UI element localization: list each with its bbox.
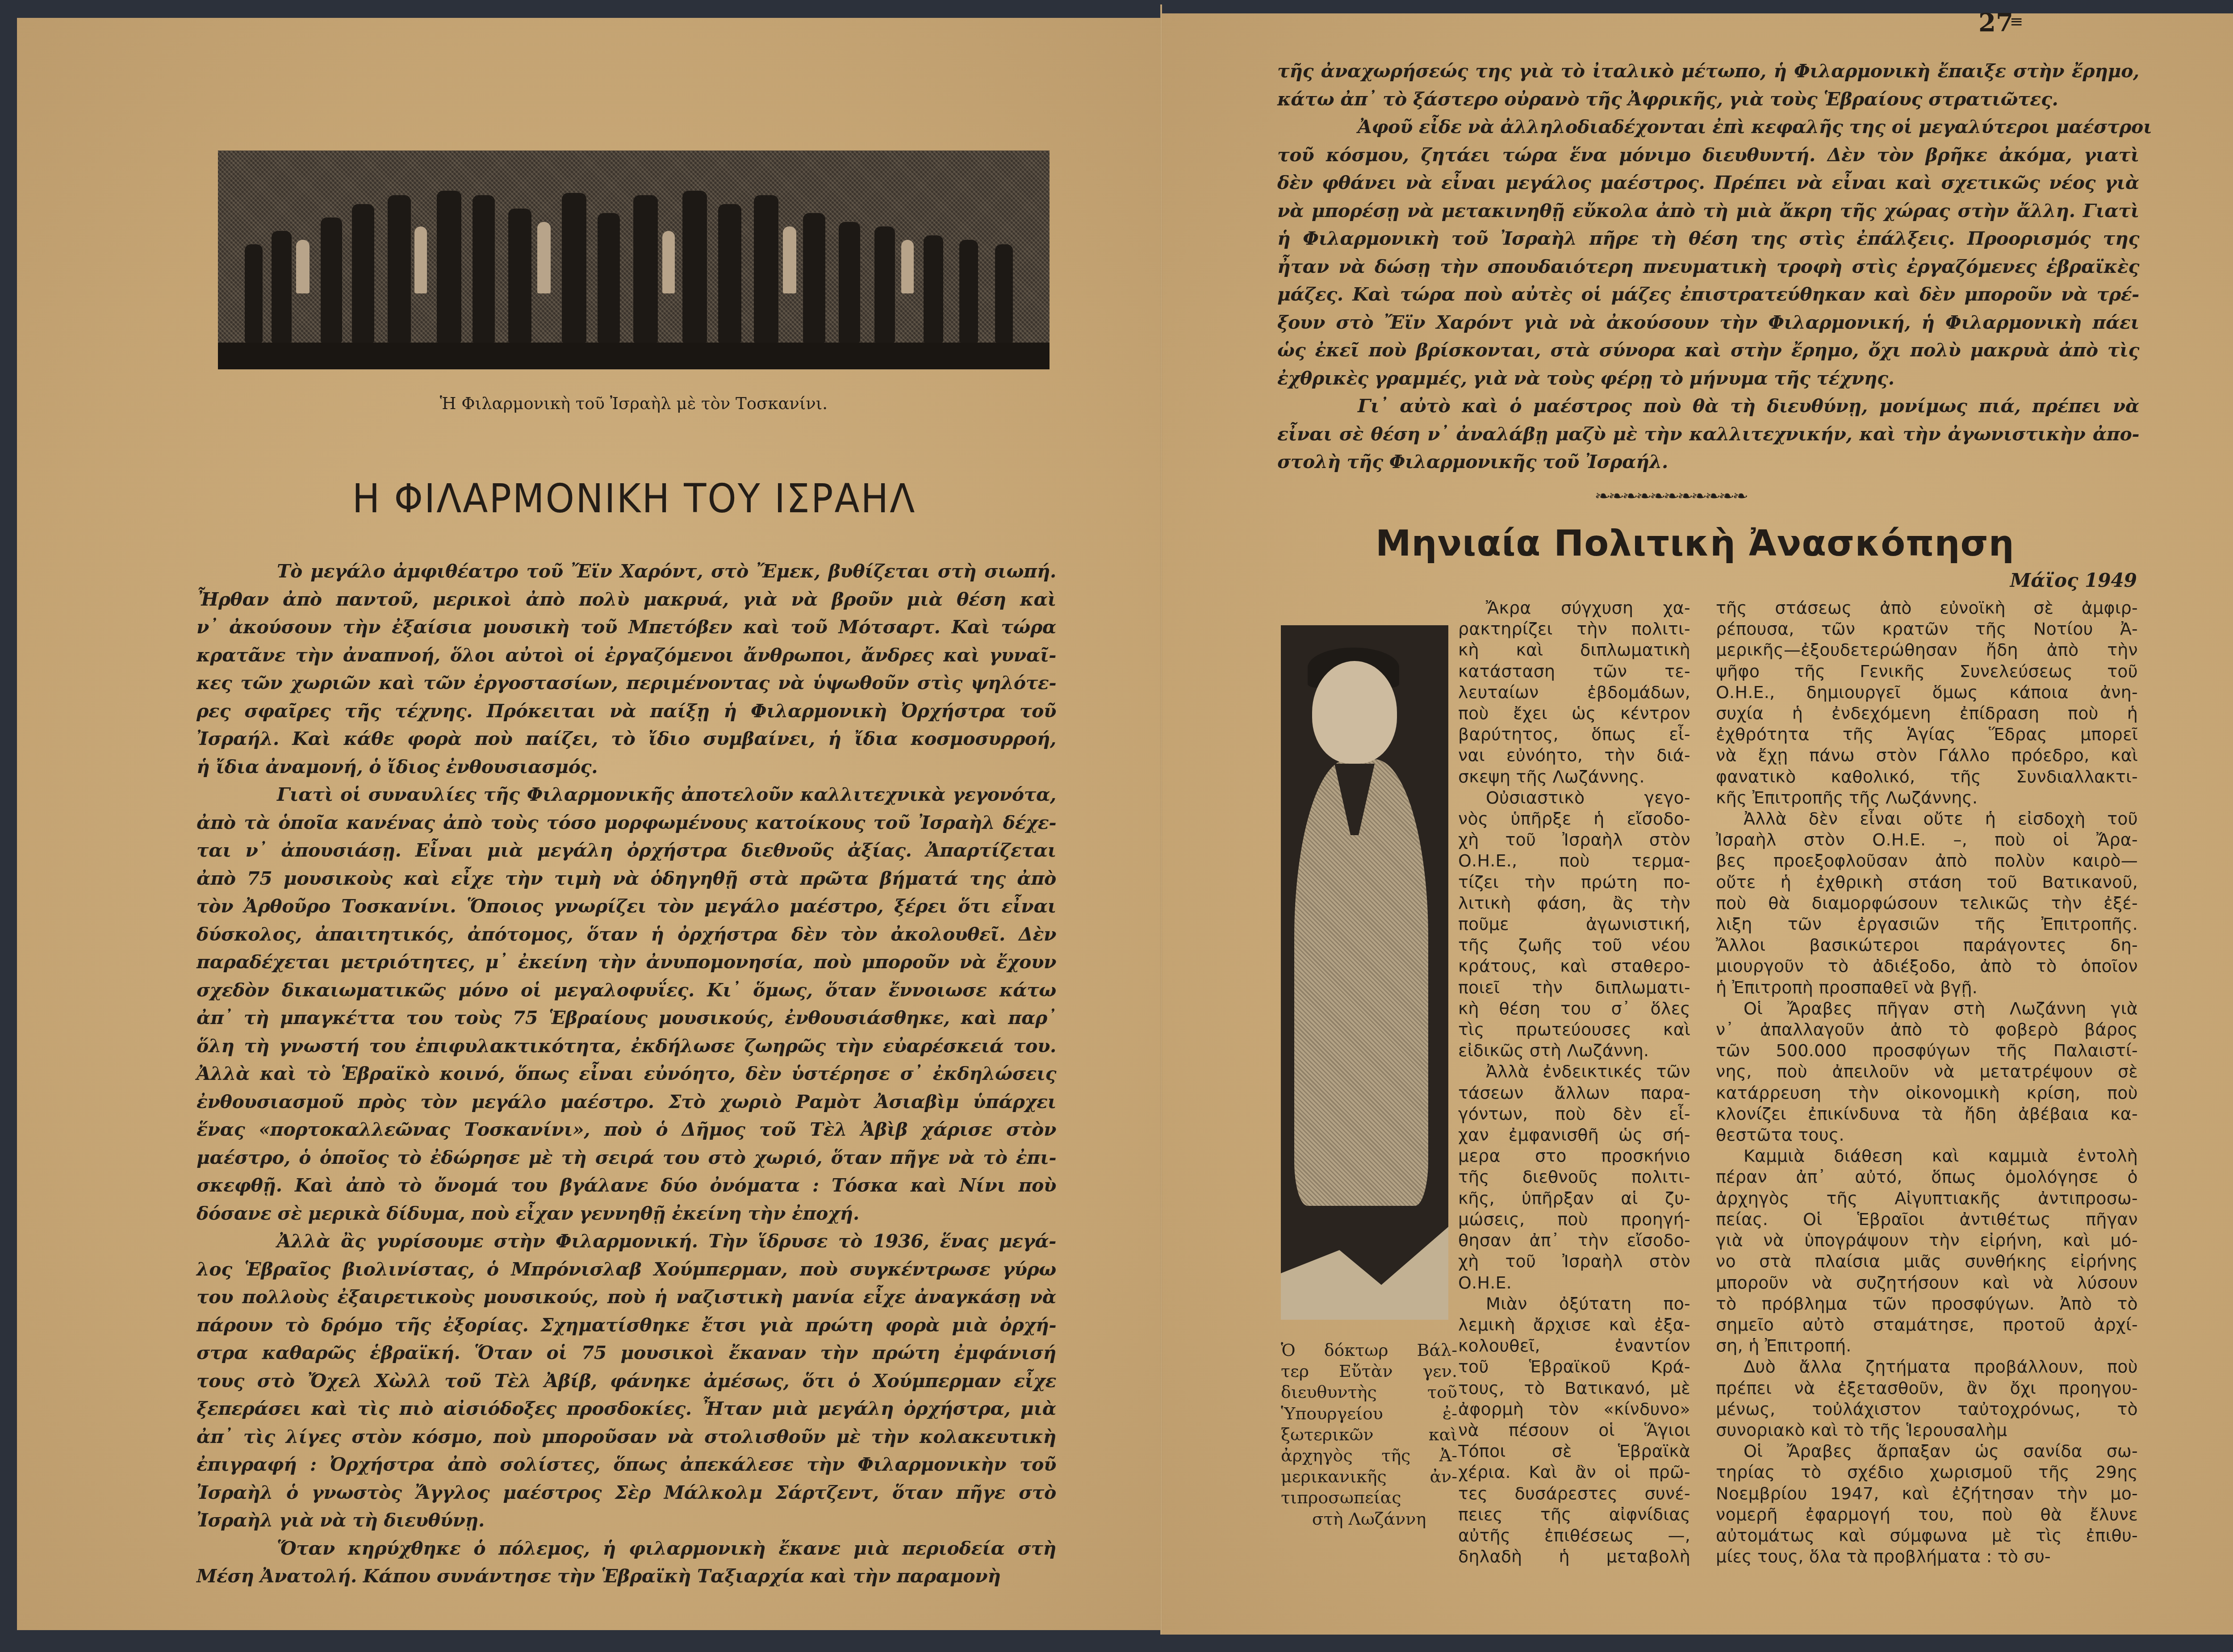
text-line: Δυὸ ἄλλα ζητήματα προβάλλουν, ποὺ (1716, 1356, 2138, 1377)
text-line: Ἀλλὰ ἂς γυρίσουμε στὴν Φιλαρμονική. Τὴν … (197, 1227, 1056, 1255)
text-line: ρέπουσα, τῶν κρατῶν τῆς Νοτίου Ἀ- (1716, 619, 2138, 640)
text-line: μερικῆς—ἐξουδετερώθησαν ἤδη ἀπὸ τὴν (1716, 640, 2138, 661)
text-line: Καμμιὰ διάθεση καὶ καμμιὰ ἐντολὴ (1716, 1146, 2138, 1167)
page-number: 27 (1978, 8, 2013, 38)
text-line: παραδέχεται μετριότητες, μ᾿ ἐκείνη τὴν ἀ… (197, 948, 1056, 976)
text-line: Ο.Η.Ε., δημιουργεῖ ὅμως κάποια ἀνη- (1716, 682, 2138, 703)
text-line: κὴ καὶ διπλωματικὴ (1458, 640, 1690, 661)
text-line: Νοεμβρίου 1947, καὶ ἐζήτησαν τὴν μο- (1716, 1483, 2138, 1504)
text-line: ξωτερικῶν καὶ (1281, 1424, 1457, 1445)
text-line: ν᾿ ἀκούσουν τὴν ἐξαίσια μουσικὴ τοῦ Μπετ… (197, 613, 1056, 641)
text-line: κρατᾶνε τὴν ἀναπνοή, ὅλοι αὐτοὶ οἱ ἐργαζ… (197, 641, 1056, 669)
text-line: θησαν ἀπ᾿ τὴν εἴσοδο- (1458, 1230, 1690, 1251)
text-line: αὐτῆς ἐπιθέσεως —, (1458, 1525, 1690, 1546)
text-line: σημεῖο αὐτὸ σταμάτησε, προτοῦ ἀρχί- (1716, 1314, 2138, 1335)
text-line: νομερῆ ἐφαρμογή του, ποὺ θὰ ἔλυνε (1716, 1504, 2138, 1525)
text-line: Ἀλλὰ καὶ τὸ Ἑβραϊκὸ κοινό, ὅπως εἶναι εὐ… (197, 1060, 1056, 1088)
text-line: νὰ ἔχῃ πάνω στὸν Γάλλο πρόεδρο, καὶ (1716, 745, 2138, 766)
text-line: χέρια. Καὶ ἂν οἱ πρῶ- (1458, 1462, 1690, 1483)
text-line: νο στὰ πλαίσια μιᾶς συνθήκης εἰρήνης (1716, 1251, 2138, 1272)
text-line: ἐπιγραφή : Ὀρχήστρα ἀπὸ σολίστες, ὅπως ἀ… (197, 1451, 1056, 1479)
text-line: Ὁ δόκτωρ Βάλ- (1281, 1340, 1457, 1361)
text-line: Οὐσιαστικὸ γεγο- (1458, 787, 1690, 808)
text-line: ποὺ ἔχει ὡς κέντρον (1458, 703, 1690, 724)
text-line: Ο.Η.Ε. (1458, 1272, 1690, 1293)
text-line: Μιὰν ὀξύτατη πο- (1458, 1293, 1690, 1314)
text-line: κλονίζει ἐπικίνδυνα τὰ ἤδη ἀβέβαια κα- (1716, 1104, 2138, 1125)
issue-date: Μάϊος 1949 (1965, 569, 2137, 591)
text-line: σκεψη τῆς Λωζάννης. (1458, 766, 1690, 787)
text-line: τῆς διεθνοῦς πολιτι- (1458, 1167, 1690, 1188)
text-line: ἀπὸ 75 μουσικοὺς καὶ εἶχε τὴν τιμὴ νὰ ὁδ… (197, 865, 1056, 893)
text-line: κῆς Ἐπιτροπῆς τῆς Λωζάννης. (1716, 787, 2138, 808)
text-line: χαν ἐμφανισθῆ ὡς σή- (1458, 1125, 1690, 1146)
text-line: ποιεῖ τὴν διπλωματι- (1458, 977, 1690, 998)
text-line: τῶν 500.000 προσφύγων τῆς Παλαιστί- (1716, 1040, 2138, 1061)
text-line: τὸ πρόβλημα τῶν προσφύγων. Ἀπὸ τὸ (1716, 1293, 2138, 1314)
text-line: ψῆφο τῆς Γενικῆς Συνελεύσεως τοῦ (1716, 661, 2138, 682)
text-line: μένως, τοὐλάχιστον ταὐτοχρόνως, τὸ (1716, 1399, 2138, 1420)
text-line: Ἰσραὴλ ὁ γνωστὸς Ἄγγλος μαέστρος Σὲρ Μάλ… (197, 1479, 1056, 1507)
text-line: ρες σφαῖρες τῆς τέχνης. Πρόκειται νὰ παί… (197, 697, 1056, 725)
text-line: τῆς στάσεως ἀπὸ εὐνοϊκὴ σὲ ἀμφιρ- (1716, 598, 2138, 619)
text-line: ἡ ἴδια ἀναμονή, ὁ ἴδιος ἐνθουσιασμός. (197, 753, 1056, 781)
text-line: σχεδὸν δικαιωματικῶς μόνο οἱ μεγαλοφυΐες… (197, 976, 1056, 1004)
text-line: πέραν ἀπ᾿ αὐτό, ὅπως ὁμολόγησε ὁ (1716, 1167, 2138, 1188)
text-line: ὅλη τὴ γνωστή του ἐπιφυλακτικότητα, ἐκδή… (197, 1032, 1056, 1060)
portrait-photo-icon (1281, 625, 1448, 1320)
article-title: Η ΦΙΛΑΡΜΟΝΙΚΗ ΤΟΥ ΙΣΡΑΗΛ (241, 476, 1027, 522)
text-line: εἰδικῶς στὴ Λωζάννη. (1458, 1040, 1690, 1061)
text-line: δόσανε σὲ μερικὰ δίδυμα, ποὺ εἶχαν γεννη… (197, 1200, 1056, 1228)
text-line: ποὺ θὰ διαμορφώσουν τελικῶς τὴν ἐξέ- (1716, 893, 2138, 914)
text-line: τὶς πρωτεύουσες καὶ (1458, 1019, 1690, 1040)
text-line: ἕνας «πορτοκαλλεῶνας Τοσκανίνι», ποὺ ὁ Δ… (197, 1116, 1056, 1144)
text-line: τους, τὸ Βατικανό, μὲ (1458, 1378, 1690, 1399)
text-line: νὸς ὑπῆρξε ἡ εἴσοδο- (1458, 808, 1690, 829)
text-line: τες δυσάρεστες συνέ- (1458, 1483, 1690, 1504)
text-line: νὰ πέσουν οἱ Ἅγιοι (1458, 1420, 1690, 1441)
text-line: λος Ἑβραῖος βιολινίστας, ὁ Μπρόνισλαβ Χο… (197, 1255, 1056, 1284)
text-line: Ἰσραήλ. Καὶ κάθε φορὰ ποὺ παίζει, τὸ ἴδι… (197, 725, 1056, 753)
text-line: νης, ποὺ ἀπειλοῦν νὰ μετατρέψουν σὲ (1716, 1061, 2138, 1082)
page-marker-icon: ≡ (2010, 13, 2021, 31)
section-title: Μηνιαία Πολιτικὴ Ἀνασκόπηση (1376, 523, 2045, 564)
text-line: κὴ θέση του σ᾿ ὅλες (1458, 998, 1690, 1019)
text-line: ξεπεράσει καὶ τὶς πιὸ αἰσιόδοξες προσδοκ… (197, 1395, 1056, 1423)
text-line: ἐχθρότητα τῆς Ἁγίας Ἕδρας μπορεῖ (1716, 724, 2138, 745)
text-line: ἦταν νὰ δώσῃ τὴν σπουδαιότερη πνευματικὴ… (1277, 253, 2139, 281)
text-line: ἡ Ἐπιτροπὴ προσπαθεῖ νὰ βγῇ. (1716, 977, 2138, 998)
text-line: ἀρχηγὸς τῆς Ἀ- (1281, 1445, 1457, 1466)
text-line: κράτους, καὶ σταθερο- (1458, 956, 1690, 977)
text-line: πάρουν τὸ δρόμο τῆς ἐξορίας. Σχηματίσθηκ… (197, 1311, 1056, 1339)
text-line: του πολλοὺς ἐξαιρετικοὺς μουσικούς, ποὺ … (197, 1283, 1056, 1311)
text-line: χὴ τοῦ Ἰσραὴλ στὸν (1458, 1251, 1690, 1272)
text-line: διευθυντὴς τοῦ (1281, 1382, 1457, 1403)
text-line: οὔτε ἡ ἐχθρικὴ στάση τοῦ Βατικανοῦ, (1716, 872, 2138, 893)
text-line: τὸν Ἀρθοῦρο Τοσκανίνι. Ὅποιος γνωρίζει τ… (197, 892, 1056, 920)
text-line: ἀφορμὴ τὸν «κίνδυνο» (1458, 1399, 1690, 1420)
text-line: τῆς ἀναχωρήσεώς της γιὰ τὸ ἰταλικὸ μέτωπ… (1277, 57, 2139, 85)
text-line: Ἰσραὴλ γιὰ νὰ τὴ διευθύνῃ. (197, 1506, 1056, 1535)
article-body: Τὸ μεγάλο ἀμφιθέατρο τοῦ Ἔϊν Χαρόντ, στὸ… (197, 557, 1056, 1590)
text-line: κατάσταση τῶν τε- (1458, 661, 1690, 682)
text-line: ἀρχηγὸς τῆς Αἰγυπτιακῆς ἀντιπροσω- (1716, 1188, 2138, 1209)
text-line: ἐνθουσιασμοῦ πρὸς τὸν μεγάλο μαέστρο. Στ… (197, 1088, 1056, 1116)
text-line: συχία ἡ ἐνδεχόμενη ἐπίδραση ποὺ ἡ (1716, 703, 2138, 724)
text-line: Ἀλλὰ ἐνδεικτικές τῶν (1458, 1061, 1690, 1082)
text-line: Ἄκρα σύγχυση χα- (1458, 598, 1690, 619)
book-gutter (1160, 4, 1162, 1635)
text-line: βες προεξοφλοῦσαν ἀπὸ πολὺν καιρὸ— (1716, 850, 2138, 871)
text-line: αὐτομάτως καὶ σύμφωνα μὲ τὶς ἐπιθυ- (1716, 1525, 2138, 1546)
text-line: εἶναι σὲ θέση ν᾿ ἀναλάβῃ μαζὺ μὲ τὴν καλ… (1277, 420, 2139, 448)
text-line: δύσκολος, ἀπαιτητικός, ἀπότομος, ὅταν ἡ … (197, 920, 1056, 949)
text-line: Μέση Ἀνατολή. Κάπου συνάντησε τὴν Ἑβραϊκ… (197, 1562, 1056, 1590)
text-line: νὰ μπορέσῃ νὰ μετακινηθῇ εὔκολα ἀπὸ τὴ μ… (1277, 197, 2139, 225)
text-line: τῆς ζωῆς τοῦ νέου (1458, 935, 1690, 956)
text-line: μερικανικῆς ἀν- (1281, 1466, 1457, 1487)
text-line: ποῦμε ἀγωνιστική, (1458, 914, 1690, 935)
text-line: στολὴ τῆς Φιλαρμονικῆς τοῦ Ἰσραήλ. (1277, 448, 2139, 476)
text-line: χὴ τοῦ Ἰσραὴλ στὸν (1458, 829, 1690, 850)
text-line: Γι᾿ αὐτὸ καὶ ὁ μαέστρος ποὺ θὰ τὴ διευθύ… (1277, 392, 2139, 420)
text-line: γόντων, ποὺ δὲν εἶ- (1458, 1104, 1690, 1125)
text-line: τάσεων ἄλλων παρα- (1458, 1083, 1690, 1104)
text-line: Ἄλλοι βασικώτεροι παράγοντες δη- (1716, 935, 2138, 956)
text-line: Ἀφοῦ εἶδε νὰ ἀλληλοδιαδέχονται ἐπὶ κεφαλ… (1277, 113, 2139, 141)
text-line: πρέπει νὰ ἐξετασθοῦν, ἂν ὄχι προηγου- (1716, 1378, 2138, 1399)
text-line: Γιατὶ οἱ συναυλίες τῆς Φιλαρμονικῆς ἀποτ… (197, 781, 1056, 809)
text-line: Ὑπουργείου ἐ- (1281, 1403, 1457, 1424)
text-line: πειες τῆς αἰφνίδιας (1458, 1504, 1690, 1525)
text-line: θεστῶτα τους. (1716, 1125, 2138, 1146)
text-line: τηρίας τὸ σχέδιο χωρισμοῦ τῆς 29ης (1716, 1462, 2138, 1483)
portrait-caption: Ὁ δόκτωρ Βάλ-τερ Εὔτὰν γεν.διευθυντὴς το… (1281, 1340, 1457, 1530)
ornament-divider-icon: ❧❧❧❧❧❧❧❧❧❧❧ (1594, 488, 1746, 504)
text-line: λευταίων ἑβδομάδων, (1458, 682, 1690, 703)
text-line: κάτω ἀπ᾿ τὸ ξάστερο οὐρανὸ τῆς Ἀφρικῆς, … (1277, 85, 2139, 113)
text-line: ἀπ᾿ τὶς λίγες στὸν κόσμο, ποὺ μποροῦσαν … (197, 1423, 1056, 1451)
text-line: Τὸ μεγάλο ἀμφιθέατρο τοῦ Ἔϊν Χαρόντ, στὸ… (197, 557, 1056, 586)
text-line: λιτικὴ φάση, ἂς τὴν (1458, 893, 1690, 914)
article-continuation: τῆς ἀναχωρήσεώς της γιὰ τὸ ἰταλικὸ μέτωπ… (1277, 57, 2139, 476)
text-line: γιὰ νὰ ὑπογράψουν τὴν εἰρήνη, καὶ μό- (1716, 1230, 2138, 1251)
text-line: μιουργοῦν τὸ ἀδιέξοδο, ἀπὸ τὸ ὁποῖον (1716, 956, 2138, 977)
text-line: Οἱ Ἄραβες πῆγαν στὴ Λωζάννη γιὰ (1716, 998, 2138, 1019)
text-line: ναι εὐνόητο, τὴν διά- (1458, 745, 1690, 766)
text-line: συνοριακὸ καὶ τὸ τῆς Ἱερουσαλὴμ (1716, 1420, 2138, 1441)
text-line: τοῦ Ἑβραϊκοῦ Κρά- (1458, 1356, 1690, 1377)
text-line: τους στὸ Ὄχελ Χὼλλ τοῦ Τὲλ Ἀβίβ, φάνηκε … (197, 1367, 1056, 1395)
text-line: Ὅταν κηρύχθηκε ὁ πόλεμος, ἡ φιλαρμονικὴ … (197, 1535, 1056, 1563)
text-line: κατάρρευση τὴν οἰκονομικὴ κρίση, ποὺ (1716, 1083, 2138, 1104)
photo-caption: Ἡ Φιλαρμονικὴ τοῦ Ἰσραὴλ μὲ τὸν Τοσκανίν… (218, 394, 1050, 413)
text-line: Τόποι σὲ Ἑβραϊκὰ (1458, 1441, 1690, 1462)
text-line: στὴ Λωζάννη (1281, 1509, 1457, 1530)
text-line: μάζες. Καὶ τώρα ποὺ αὐτὲς οἱ μάζες ἐπιστ… (1277, 280, 2139, 309)
text-line: ρακτηρίζει τὴν πολιτι- (1458, 619, 1690, 640)
text-line: μώσεις, ποὺ προηγή- (1458, 1209, 1690, 1230)
text-line: κολουθεῖ, ἐναντίον (1458, 1335, 1690, 1356)
text-line: Ἦρθαν ἀπὸ παντοῦ, μερικοὶ ἀπὸ πολὺ μακρυ… (197, 586, 1056, 614)
text-line: φανατικὸ καθολικό, τῆς Συνδιαλλακτι- (1716, 766, 2138, 787)
text-line: λιξη τῶν ἐργασιῶν τῆς Ἐπιτροπῆς. (1716, 914, 2138, 935)
text-line: ση, ἡ Ἐπιτροπή. (1716, 1335, 2138, 1356)
orchestra-photo-icon (218, 151, 1050, 369)
text-line: δηλαδὴ ἡ μεταβολὴ (1458, 1546, 1690, 1567)
text-line: τοῦ κόσμου, ζητάει τώρα ἕνα μόνιμο διευθ… (1277, 141, 2139, 169)
text-line: λεμικὴ ἄρχισε καὶ ἐξα- (1458, 1314, 1690, 1335)
text-line: πείας. Οἱ Ἑβραῖοι ἀντιθέτως πῆγαν (1716, 1209, 2138, 1230)
text-line: βαρύτητος, ὅπως εἶ- (1458, 724, 1690, 745)
text-line: σκεφθῇ. Καὶ ἀπὸ τὸ ὄνομά του βγάλανε δύο… (197, 1171, 1056, 1200)
text-line: Ἰσραὴλ στὸν Ο.Η.Ε. –, ποὺ οἱ Ἄρα- (1716, 829, 2138, 850)
text-line: μποροῦν νὰ συζητήσουν καὶ νὰ λύσουν (1716, 1272, 2138, 1293)
review-column-right: τῆς στάσεως ἀπὸ εὐνοϊκὴ σὲ ἀμφιρ-ρέπουσα… (1716, 598, 2138, 1567)
text-line: τιπροσωπείας (1281, 1487, 1457, 1508)
text-line: Ἀλλὰ δὲν εἶναι οὔτε ἡ εἰσδοχὴ τοῦ (1716, 808, 2138, 829)
text-line: ἐχθρικὲς γραμμές, γιὰ νὰ τοὺς φέρῃ τὸ μή… (1277, 364, 2139, 393)
text-line: μερα στο προσκήνιο (1458, 1146, 1690, 1167)
text-line: ἀπὸ τὰ ὁποῖα κανένας ἀπὸ τοὺς τόσο μορφω… (197, 809, 1056, 837)
text-line: ἀπ᾿ τὴ μπαγκέττα του τοὺς 75 Ἑβραίους μο… (197, 1004, 1056, 1032)
text-line: μαέστρο, ὁ ὁποῖος τὸ ἐδώρησε μὲ τὴ σειρά… (197, 1144, 1056, 1172)
text-line: ται ν᾿ ἀπουσιάσῃ. Εἶναι μιὰ μεγάλη ὀρχήσ… (197, 836, 1056, 865)
text-line: Οἱ Ἄραβες ἅρπαξαν ὡς σανίδα σω- (1716, 1441, 2138, 1462)
text-line: κες τῶν χωριῶν καὶ τῶν ἐργοστασίων, περι… (197, 669, 1056, 697)
text-line: Ο.Η.Ε., ποὺ τερμα- (1458, 850, 1690, 871)
text-line: ν᾿ ἀπαλλαγοῦν ἀπὸ τὸ φοβερὸ βάρος (1716, 1019, 2138, 1040)
text-line: στρα καθαρῶς ἑβραϊκή. Ὅταν οἱ 75 μουσικο… (197, 1339, 1056, 1367)
text-line: ξουν στὸ Ἔϊν Χαρόντ γιὰ νὰ ἀκούσουν τὴν … (1277, 309, 2139, 337)
text-line: ἡ Φιλαρμονικὴ τοῦ Ἰσραὴλ πῆρε τὴ θέση τη… (1277, 225, 2139, 253)
text-line: μίες τους, ὅλα τὰ προβλήματα : τὸ συ- (1716, 1546, 2138, 1567)
text-line: τίζει τὴν πρώτη πο- (1458, 872, 1690, 893)
review-column-middle: Ἄκρα σύγχυση χα-ρακτηρίζει τὴν πολιτι-κὴ… (1458, 598, 1690, 1567)
text-line: δὲν φθάνει νὰ εἶναι μεγάλος μαέστρος. Πρ… (1277, 169, 2139, 197)
text-line: τερ Εὔτὰν γεν. (1281, 1361, 1457, 1382)
text-line: κῆς, ὑπῆρξαν αἱ ζυ- (1458, 1188, 1690, 1209)
text-line: ὡς ἐκεῖ ποὺ βρίσκονται, στὰ σύνορα καὶ σ… (1277, 336, 2139, 364)
